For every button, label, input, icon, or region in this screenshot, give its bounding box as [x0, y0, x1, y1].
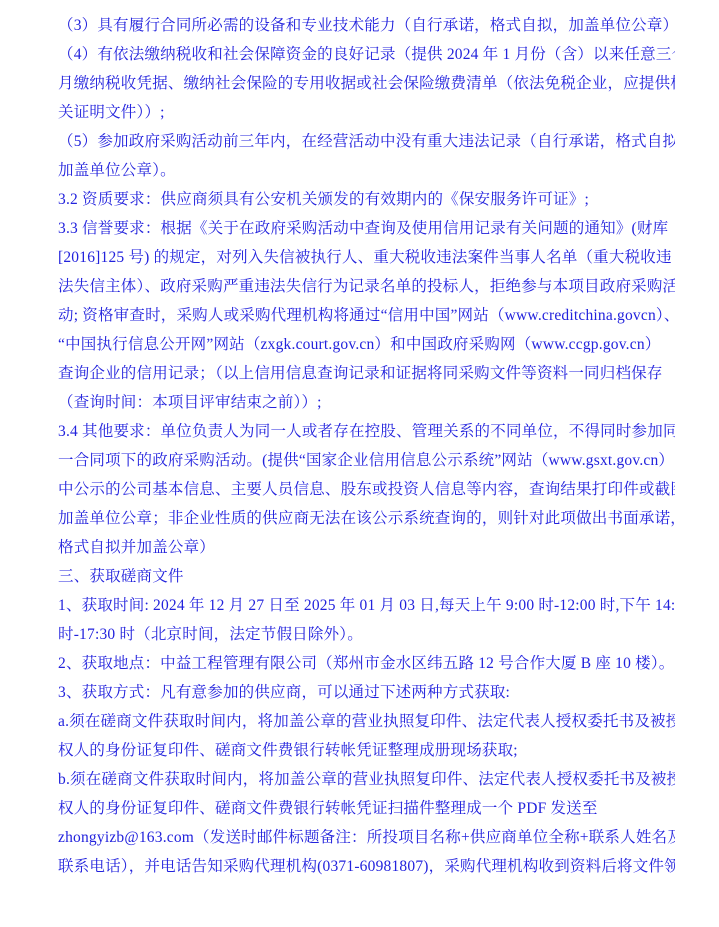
text-line: 时-17:30 时（北京时间，法定节假日除外）。	[58, 620, 675, 649]
text-line: （4）有依法缴纳税收和社会保障资金的良好记录（提供 2024 年 1 月份（含）…	[58, 40, 675, 69]
text-line-acquisition-method: 3、获取方式：凡有意参加的供应商，可以通过下述两种方式获取:	[58, 678, 675, 707]
text-line: 加盖单位公章）。	[58, 156, 675, 185]
text-line: [2016]125 号) 的规定，对列入失信被执行人、重大税收违法案件当事人名单…	[58, 243, 675, 272]
text-line: 月缴纳税收凭据、缴纳社会保险的专用收据或社会保险缴费清单（依法免税企业，应提供相	[58, 69, 675, 98]
text-line: 权人的身份证复印件、磋商文件费银行转帐凭证扫描件整理成一个 PDF 发送至	[58, 794, 675, 823]
text-line-qualification-requirement: 3.2 资质要求：供应商须具有公安机关颁发的有效期内的《保安服务许可证》;	[58, 185, 675, 214]
text-line-phone: 联系电话），并电话告知采购代理机构(0371-60981807)，采购代理机构收…	[58, 852, 675, 881]
text-line: “中国执行信息公开网”网站（zxgk.court.gov.cn）和中国政府采购网…	[58, 330, 675, 359]
section-heading: 三、获取磋商文件	[58, 562, 675, 591]
text-line: （查询时间：本项目评审结束之前））;	[58, 388, 675, 417]
text-line: 一合同项下的政府采购活动。(提供“国家企业信用信息公示系统”网站（www.gsx…	[58, 446, 675, 475]
text-line: 动; 资格审查时，采购人或采购代理机构将通过“信用中国”网站（www.credi…	[58, 301, 675, 330]
text-line: 关证明文件））;	[58, 98, 675, 127]
text-line-acquisition-location: 2、获取地点：中益工程管理有限公司（郑州市金水区纬五路 12 号合作大厦 B 座…	[58, 649, 675, 678]
document-page: （3）具有履行合同所必需的设备和专业技术能力（自行承诺，格式自拟，加盖单位公章）…	[0, 0, 719, 927]
text-line: 法失信主体）、政府采购严重违法失信行为记录名单的投标人，拒绝参与本项目政府采购活	[58, 272, 675, 301]
text-line-method-b: b.须在磋商文件获取时间内，将加盖公章的营业执照复印件、法定代表人授权委托书及被…	[58, 765, 675, 794]
text-line: （3）具有履行合同所必需的设备和专业技术能力（自行承诺，格式自拟，加盖单位公章）…	[58, 11, 675, 40]
text-line: 格式自拟并加盖公章）	[58, 533, 675, 562]
text-line-other-requirement: 3.4 其他要求：单位负责人为同一人或者存在控股、管理关系的不同单位，不得同时参…	[58, 417, 675, 446]
text-line-credit-requirement: 3.3 信誉要求：根据《关于在政府采购活动中查询及使用信用记录有关问题的通知》(…	[58, 214, 675, 243]
text-line-acquisition-time: 1、获取时间: 2024 年 12 月 27 日至 2025 年 01 月 03…	[58, 591, 675, 620]
text-line: 权人的身份证复印件、磋商文件费银行转帐凭证整理成册现场获取;	[58, 736, 675, 765]
text-line: 中公示的公司基本信息、主要人员信息、股东或投资人信息等内容，查询结果打印件或截图…	[58, 475, 675, 504]
text-line: （5）参加政府采购活动前三年内，在经营活动中没有重大违法记录（自行承诺，格式自拟…	[58, 127, 675, 156]
text-line: 查询企业的信用记录；（以上信用信息查询记录和证据将同采购文件等资料一同归档保存	[58, 359, 675, 388]
document-text-block: （3）具有履行合同所必需的设备和专业技术能力（自行承诺，格式自拟，加盖单位公章）…	[58, 11, 675, 881]
text-line-email: zhongyizb@163.com（发送时邮件标题备注：所投项目名称+供应商单位…	[58, 823, 675, 852]
text-line: 加盖单位公章；非企业性质的供应商无法在该公示系统查询的，则针对此项做出书面承诺，	[58, 504, 675, 533]
text-line-method-a: a.须在磋商文件获取时间内，将加盖公章的营业执照复印件、法定代表人授权委托书及被…	[58, 707, 675, 736]
